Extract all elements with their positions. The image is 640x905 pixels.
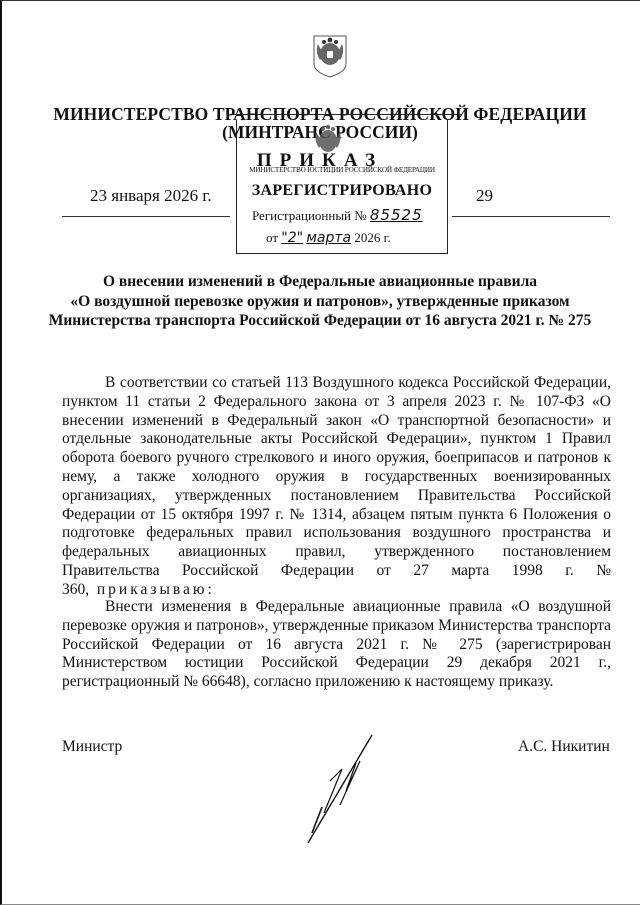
stamp-reg-label: Регистрационный № [252,208,367,223]
stamp-date-prefix: от [266,230,278,245]
stamp-date-month: марта [306,230,351,246]
stamp-date-year: 2026 г. [354,230,390,245]
signatory-name: А.С. Никитин [518,738,610,756]
order-word: приказываю: [97,581,215,598]
handwritten-signature-icon [300,733,380,845]
stamp-organization: МИНИСТЕРСТВО ЮСТИЦИИ РОССИЙСКОЙ ФЕДЕРАЦИ… [236,166,448,174]
preamble-text: В соответствии со статьей 113 Воздушного… [62,374,611,598]
title-line: Министерства транспорта Российской Федер… [40,311,600,331]
signatory-position: Министр [62,738,122,756]
stamp-reg-number: 85525 [370,206,423,224]
number-underline [452,216,610,217]
stamp-overlap-line [230,114,462,115]
document-title: О внесении изменений в Федеральные авиац… [40,272,600,331]
title-line: О внесении изменений в Федеральные авиац… [40,272,600,292]
document-number: 29 [476,186,493,206]
date-underline [62,216,230,217]
russian-coat-of-arms-icon [312,34,348,78]
stamp-registration-row: Регистрационный № 85525 [252,206,423,224]
stamp-status: ЗАРЕГИСТРИРОВАНО [236,182,448,200]
stamp-date-row: от "2" марта 2026 г. [266,230,391,246]
order-paragraph: Внести изменения в Федеральные авиационн… [62,598,611,692]
preamble-paragraph: В соответствии со статьей 113 Воздушного… [62,374,611,600]
document-date: 23 января 2026 г. [90,186,212,206]
stamp-date-day: "2" [281,230,303,246]
title-line: «О воздушной перевозке оружия и патронов… [40,292,600,312]
